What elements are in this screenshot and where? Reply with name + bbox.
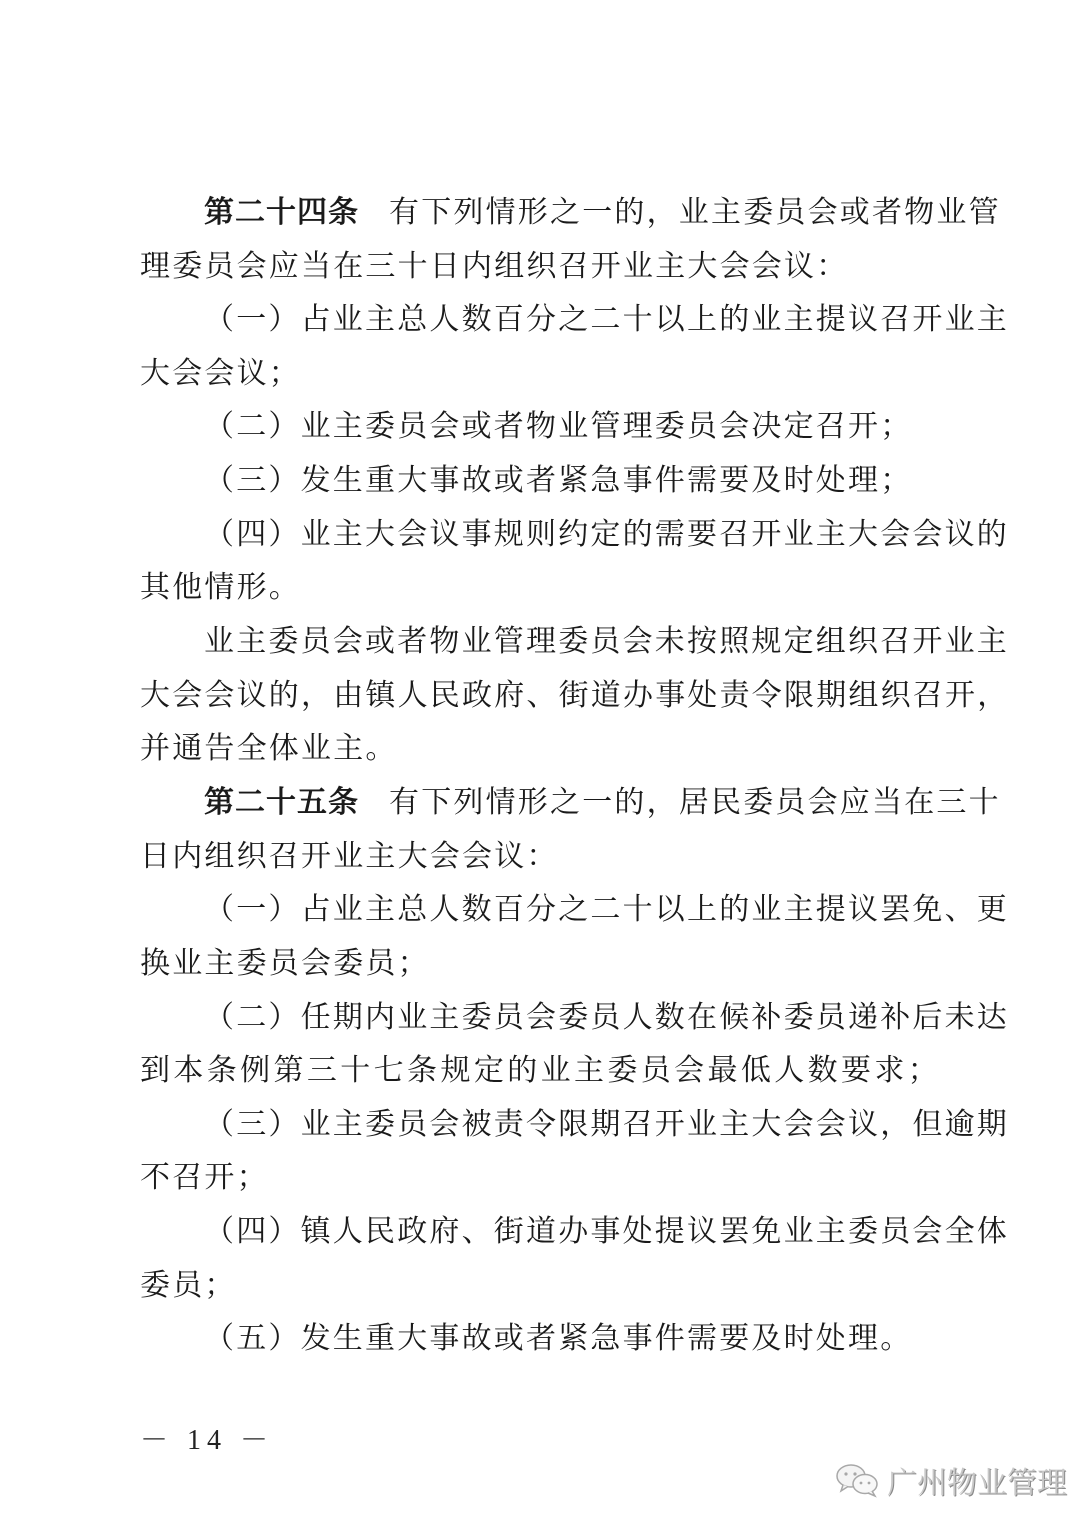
article-24-para-2-cont: 大会会议的，由镇人民政府、街道办事处责令限期组织召开，: [140, 676, 940, 716]
article-25-item-2-cont: 到本条例第三十七条规定的业主委员会最低人数要求；: [140, 1051, 940, 1091]
article-25-item-1-cont: 换业主委员会委员；: [140, 944, 940, 984]
article-25-item-1: （一）占业主总人数百分之二十以上的业主提议罢免、更: [204, 890, 940, 930]
article-25-item-3: （三）业主委员会被责令限期召开业主大会会议，但逾期: [204, 1105, 940, 1145]
article-24-item-1: （一）占业主总人数百分之二十以上的业主提议召开业主: [204, 300, 940, 340]
article-24-item-2: （二）业主委员会或者物业管理委员会决定召开；: [204, 407, 940, 447]
article-24-title: 第二十四条: [204, 195, 359, 230]
article-24-para-2-end: 并通告全体业主。: [140, 729, 940, 769]
wechat-icon: [835, 1462, 879, 1498]
article-25-heading-line: 第二十五条有下列情形之一的，居民委员会应当在三十: [204, 783, 940, 823]
watermark: 广州物业管理: [835, 1458, 1067, 1502]
page-number: － 14 －: [140, 1418, 274, 1458]
article-24-item-4: （四）业主大会议事规则约定的需要召开业主大会会议的: [204, 515, 940, 555]
article-24-item-1-cont: 大会会议；: [140, 354, 940, 394]
article-24-line: 理委员会应当在三十日内组织召开业主大会会议：: [140, 247, 940, 287]
article-25-item-5: （五）发生重大事故或者紧急事件需要及时处理。: [204, 1319, 940, 1359]
article-25-item-4: （四）镇人民政府、街道办事处提议罢免业主委员会全体: [204, 1212, 940, 1252]
article-24-item-4-cont: 其他情形。: [140, 568, 940, 608]
watermark-text: 广州物业管理: [887, 1458, 1067, 1502]
document-page: 第二十四条有下列情形之一的，业主委员会或者物业管 理委员会应当在三十日内组织召开…: [0, 0, 1080, 1527]
article-25-text: 有下列情形之一的，居民委员会应当在三十: [389, 785, 1001, 820]
article-24-heading-line: 第二十四条有下列情形之一的，业主委员会或者物业管: [204, 193, 940, 233]
article-25-line: 日内组织召开业主大会会议：: [140, 837, 940, 877]
article-24-item-3: （三）发生重大事故或者紧急事件需要及时处理；: [204, 461, 940, 501]
article-25-item-3-cont: 不召开；: [140, 1158, 940, 1198]
article-25-title: 第二十五条: [204, 785, 359, 820]
article-25-item-2: （二）任期内业主委员会委员人数在候补委员递补后未达: [204, 998, 940, 1038]
article-25-item-4-cont: 委员；: [140, 1266, 940, 1306]
article-24-text: 有下列情形之一的，业主委员会或者物业管: [389, 195, 1001, 230]
article-24-para-2: 业主委员会或者物业管理委员会未按照规定组织召开业主: [204, 622, 940, 662]
